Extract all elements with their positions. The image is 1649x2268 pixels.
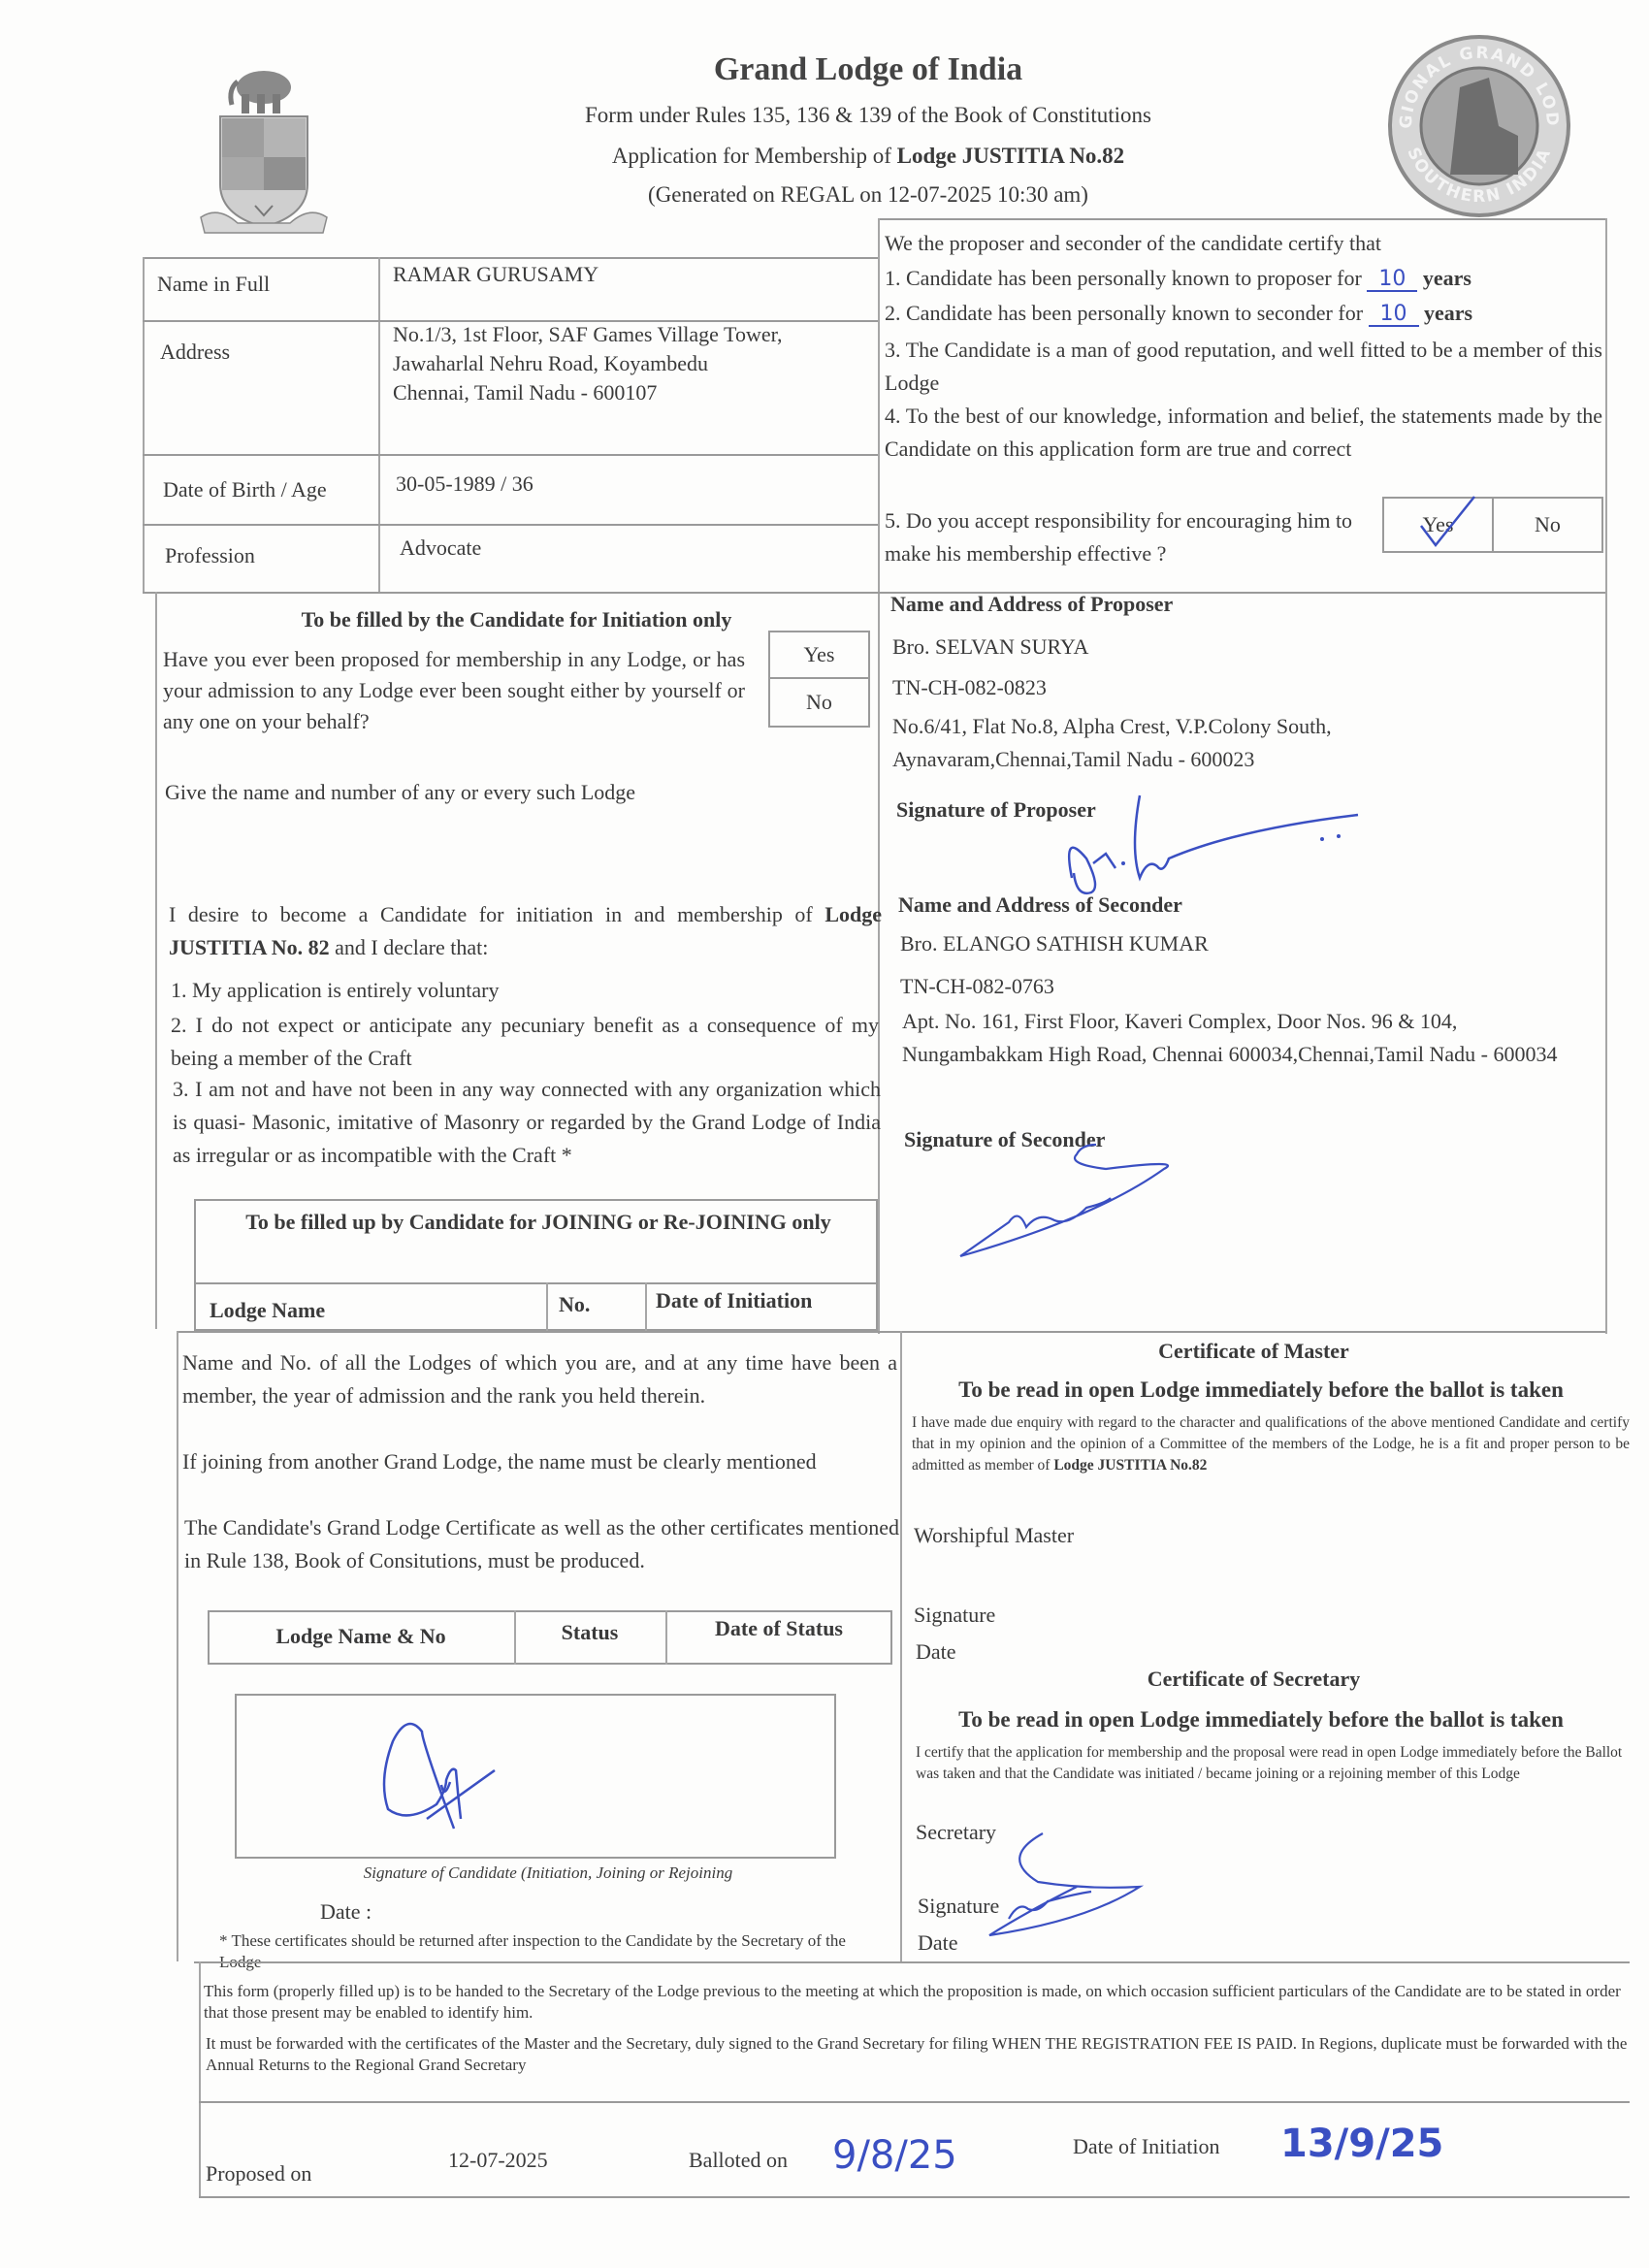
initiation-yes-label: Yes (803, 642, 834, 667)
secretary-cert-subheading: To be read in open Lodge immediately bef… (902, 1705, 1620, 1734)
form-subtitle: Form under Rules 135, 136 & 139 of the B… (504, 101, 1232, 130)
seconder-signature-icon (951, 1140, 1242, 1266)
proposer-id: TN-CH-082-0823 (892, 673, 1047, 702)
joining-note-3: The Candidate's Grand Lodge Certificate … (184, 1511, 899, 1577)
address-line-2: Jawaharlal Nehru Road, Koyambedu (393, 349, 708, 378)
secretary-date-label: Date (918, 1928, 958, 1958)
application-suffix: No.82 (1064, 144, 1125, 168)
regional-seal-icon: REGIONAL GRAND LODGE SOUTHERN INDIA (1382, 29, 1576, 223)
certify-item-2: 2. Candidate has been personally known t… (885, 299, 1472, 328)
master-cert-lodge: Lodge JUSTITIA No.82 (1053, 1457, 1207, 1474)
certify-item-1-text: 1. Candidate has been personally known t… (885, 266, 1362, 290)
declaration-3: 3. I am not and have not been in any way… (173, 1073, 881, 1172)
proposed-before-yes-option[interactable]: Yes (768, 631, 870, 679)
desire-statement: I desire to become a Candidate for initi… (169, 898, 882, 964)
candidate-signature-icon (369, 1712, 504, 1829)
seconder-years-field[interactable]: 10 (1369, 304, 1419, 327)
application-lodge: Lodge JUSTITIA (897, 144, 1064, 168)
secretary-signature-icon (970, 1833, 1261, 1950)
certify-item-2-text: 2. Candidate has been personally known t… (885, 301, 1363, 325)
worshipful-master-label: Worshipful Master (914, 1521, 1074, 1550)
seconder-id: TN-CH-082-0763 (900, 972, 1054, 1001)
certify-intro: We the proposer and seconder of the cand… (885, 229, 1381, 258)
proposed-before-no-option[interactable]: No (768, 677, 870, 728)
balloted-on-label: Balloted on (689, 2146, 788, 2175)
master-cert-heading: Certificate of Master (902, 1337, 1605, 1366)
certificates-footnote: * These certificates should be returned … (219, 1930, 889, 1973)
master-cert-body: I have made due enquiry with regard to t… (912, 1412, 1630, 1476)
secretary-cert-body: I certify that the application for membe… (916, 1742, 1633, 1785)
joining-note-1: Name and No. of all the Lodges of which … (182, 1346, 897, 1412)
grand-lodge-crest-icon (199, 60, 330, 240)
joining-heading: To be filled up by Candidate for JOINING… (204, 1207, 873, 1238)
proposed-on-label: Proposed on (206, 2159, 311, 2188)
name-label: Name in Full (157, 270, 270, 299)
seconder-address: Apt. No. 161, First Floor, Kaveri Comple… (902, 1005, 1600, 1071)
footer-instruction-2: It must be forwarded with the certificat… (206, 2033, 1632, 2076)
application-prefix: Application for Membership of (612, 144, 897, 168)
proposer-name: Bro. SELVAN SURYA (892, 632, 1088, 662)
declaration-1: 1. My application is entirely voluntary (171, 974, 879, 1007)
page-title: Grand Lodge of India (582, 50, 1154, 89)
desire-prefix: I desire to become a Candidate for initi… (169, 902, 824, 926)
status-col-lodge: Lodge Name & No (208, 1622, 514, 1651)
proposer-address: No.6/41, Flat No.8, Alpha Crest, V.P.Col… (892, 710, 1416, 776)
name-value: RAMAR GURUSAMY (393, 260, 598, 289)
address-line-1: No.1/3, 1st Floor, SAF Games Village Tow… (393, 320, 783, 349)
checkmark-icon (1416, 495, 1494, 553)
certify-item-3: 3. The Candidate is a man of good reputa… (885, 334, 1602, 400)
master-cert-body-text: I have made due enquiry with regard to t… (912, 1414, 1630, 1474)
declaration-2: 2. I do not expect or anticipate any pec… (171, 1009, 879, 1075)
initiation-no-label: No (806, 690, 832, 715)
joining-col-lodge-name: Lodge Name (210, 1296, 325, 1325)
initiation-question: Have you ever been proposed for membersh… (163, 644, 745, 737)
status-col-status: Status (514, 1618, 665, 1647)
profession-label: Profession (165, 541, 255, 570)
seconder-heading: Name and Address of Seconder (898, 891, 1182, 920)
give-lodge-name-prompt: Give the name and number of any or every… (165, 778, 635, 807)
proposer-heading: Name and Address of Proposer (890, 590, 1173, 619)
master-signature-label: Signature (914, 1601, 995, 1630)
application-line: Application for Membership of Lodge JUST… (504, 142, 1232, 171)
proposer-signature-icon (1062, 791, 1382, 907)
secretary-cert-heading: Certificate of Secretary (902, 1665, 1605, 1694)
candidate-date-label: Date : (320, 1897, 372, 1927)
responsibility-no-option[interactable]: No (1492, 497, 1603, 553)
dob-label: Date of Birth / Age (163, 475, 327, 504)
candidate-signature-caption: Signature of Candidate (Initiation, Join… (213, 1863, 883, 1884)
joining-note-2: If joining from another Grand Lodge, the… (182, 1445, 897, 1478)
proposer-years-field[interactable]: 10 (1367, 269, 1417, 292)
no-label: No (1535, 512, 1561, 537)
date-of-initiation-label: Date of Initiation (1073, 2132, 1220, 2161)
balloted-on-value[interactable]: 9/8/25 (832, 2132, 957, 2179)
joining-col-date: Date of Initiation (656, 1286, 812, 1315)
certify-item-5: 5. Do you accept responsibility for enco… (885, 504, 1384, 570)
generated-timestamp: (Generated on REGAL on 12-07-2025 10:30 … (504, 180, 1232, 210)
address-label: Address (160, 338, 230, 367)
date-of-initiation-value[interactable]: 13/9/25 (1280, 2121, 1443, 2167)
candidate-signature-box[interactable] (235, 1694, 836, 1859)
proposed-on-value[interactable]: 12-07-2025 (448, 2146, 548, 2175)
master-date-label: Date (916, 1637, 956, 1667)
joining-col-no: No. (559, 1290, 590, 1319)
years-word-2: years (1424, 301, 1472, 325)
dob-value: 30-05-1989 / 36 (396, 470, 533, 499)
master-cert-subheading: To be read in open Lodge immediately bef… (902, 1376, 1620, 1405)
profession-value: Advocate (400, 534, 481, 563)
status-col-date: Date of Status (665, 1614, 892, 1643)
seconder-name: Bro. ELANGO SATHISH KUMAR (900, 929, 1209, 958)
address-line-3: Chennai, Tamil Nadu - 600107 (393, 378, 657, 407)
footer-instruction-1: This form (properly filled up) is to be … (204, 1981, 1630, 2024)
certify-item-4: 4. To the best of our knowledge, informa… (885, 400, 1602, 466)
desire-suffix: and I declare that: (330, 935, 489, 959)
certify-item-1: 1. Candidate has been personally known t… (885, 264, 1471, 293)
years-word-1: years (1423, 266, 1471, 290)
